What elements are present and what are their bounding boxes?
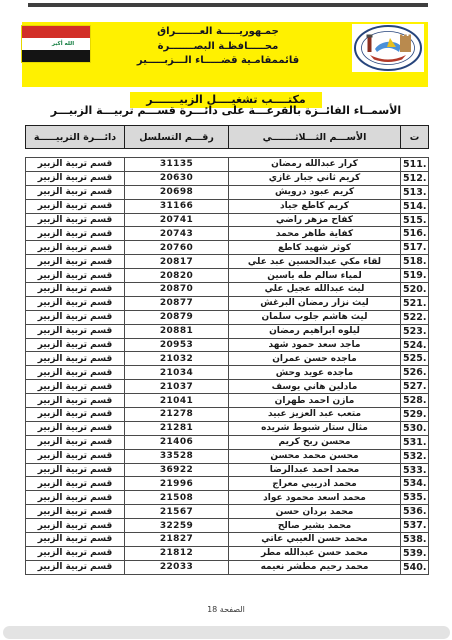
iraq-flag-icon: الله أكبر <box>22 26 90 62</box>
row-full-name: محمد بردان حسن <box>229 505 401 519</box>
row-full-name: متعب عبد العزيز عبيد <box>229 408 401 422</box>
gov-line-governorate: محـــــافظـة البصـــــــرة <box>98 40 338 55</box>
table-row: 523.ليلوه ابراهيم رمضان20881قسم تربية ال… <box>26 324 429 338</box>
row-full-name: محمد ادريبي معراج <box>229 477 401 491</box>
table-row: 518.لقاء مكي عبدالحسين عبد علي20817قسم ت… <box>26 255 429 269</box>
row-number: 526. <box>401 366 429 380</box>
table-row: 527.مادلين هاني يوسف21037قسم تربية الزبي… <box>26 380 429 394</box>
row-department: قسم تربية الزبير <box>26 227 125 241</box>
row-full-name: ماجده حسن عمران <box>229 352 401 366</box>
row-full-name: كريم كاطع جياد <box>229 199 401 213</box>
table-row: 526.ماجده عويد وحش21034قسم تربية الزبير <box>26 366 429 380</box>
row-number: 513. <box>401 185 429 199</box>
row-serial-number: 21996 <box>125 477 229 491</box>
government-header: جمـهوريـــــة العـــــــراق محـــــافظـة… <box>98 25 338 69</box>
row-department: قسم تربية الزبير <box>26 283 125 297</box>
row-full-name: كريم ثاني جبار غازي <box>229 171 401 185</box>
row-number: 535. <box>401 491 429 505</box>
row-number: 515. <box>401 213 429 227</box>
row-department: قسم تربية الزبير <box>26 213 125 227</box>
row-number: 514. <box>401 199 429 213</box>
results-table-body: 511.كرار عبدالله رمضان31135قسم تربية الز… <box>26 158 429 575</box>
row-full-name: محسن ربح كريم <box>229 435 401 449</box>
gov-line-district: قائممقامـية قضـــــاء الـــزبـــــير <box>98 54 338 69</box>
row-department: قسم تربية الزبير <box>26 449 125 463</box>
row-department: قسم تربية الزبير <box>26 255 125 269</box>
row-department: قسم تربية الزبير <box>26 435 125 449</box>
row-serial-number: 20879 <box>125 310 229 324</box>
table-row: 524.ماجد سعد حمود شهد20953قسم تربية الزب… <box>26 338 429 352</box>
row-number: 528. <box>401 394 429 408</box>
table-row: 520.ليث عبدالله عجيل علي20870قسم تربية ا… <box>26 283 429 297</box>
row-full-name: كوثر شهيد كاطع <box>229 241 401 255</box>
row-serial-number: 21034 <box>125 366 229 380</box>
table-row: 540.محمد رحيم مطشر نعيمه22033قسم تربية ا… <box>26 560 429 574</box>
row-full-name: محمد رحيم مطشر نعيمه <box>229 560 401 574</box>
row-department: قسم تربية الزبير <box>26 491 125 505</box>
table-row: 535.محمد اسعد محمود عواد21508قسم تربية ا… <box>26 491 429 505</box>
results-table-header: ت الأســـم الثـــلاثـــــــي رقـــم التس… <box>25 125 429 149</box>
row-serial-number: 31135 <box>125 158 229 172</box>
row-department: قسم تربية الزبير <box>26 324 125 338</box>
row-full-name: كفاح مزهر راضي <box>229 213 401 227</box>
row-department: قسم تربية الزبير <box>26 533 125 547</box>
row-department: قسم تربية الزبير <box>26 560 125 574</box>
row-department: قسم تربية الزبير <box>26 546 125 560</box>
table-row: 525.ماجده حسن عمران21032قسم تربية الزبير <box>26 352 429 366</box>
basra-district-seal-icon <box>352 24 424 72</box>
row-number: 518. <box>401 255 429 269</box>
row-serial-number: 20630 <box>125 171 229 185</box>
row-serial-number: 20743 <box>125 227 229 241</box>
row-department: قسم تربية الزبير <box>26 199 125 213</box>
row-full-name: محمد اسعد محمود عواد <box>229 491 401 505</box>
header-cell-dept: دائـــرة التربيـــــة <box>26 126 125 149</box>
table-row: 521.ليث نزار رمضان البرغش20877قسم تربية … <box>26 296 429 310</box>
row-serial-number: 20741 <box>125 213 229 227</box>
row-number: 539. <box>401 546 429 560</box>
row-full-name: ماجد سعد حمود شهد <box>229 338 401 352</box>
row-full-name: محمد احمد عبدالرضا <box>229 463 401 477</box>
row-serial-number: 22033 <box>125 560 229 574</box>
table-row: 530.مثال ستار شبوط شريده21281قسم تربية ا… <box>26 421 429 435</box>
document-page: الله أكبر جمـهوريـــــة العـــــــراق مح… <box>0 0 452 640</box>
row-department: قسم تربية الزبير <box>26 269 125 283</box>
row-full-name: ليث هاشم جلوب سلمان <box>229 310 401 324</box>
row-serial-number: 20817 <box>125 255 229 269</box>
table-row: 514.كريم كاطع جياد31166قسم تربية الزبير <box>26 199 429 213</box>
row-serial-number: 20870 <box>125 283 229 297</box>
row-number: 530. <box>401 421 429 435</box>
table-row: 529.متعب عبد العزيز عبيد21278قسم تربية ا… <box>26 408 429 422</box>
table-row: 534.محمد ادريبي معراج21996قسم تربية الزب… <box>26 477 429 491</box>
row-full-name: مادلين هاني يوسف <box>229 380 401 394</box>
table-row: 517.كوثر شهيد كاطع20760قسم تربية الزبير <box>26 241 429 255</box>
row-number: 537. <box>401 519 429 533</box>
header-cell-name: الأســـم الثـــلاثـــــــي <box>229 126 401 149</box>
row-serial-number: 21281 <box>125 421 229 435</box>
row-serial-number: 20698 <box>125 185 229 199</box>
row-full-name: كريم عبود درويش <box>229 185 401 199</box>
row-full-name: محمد حسن العيبي عاتي <box>229 533 401 547</box>
row-department: قسم تربية الزبير <box>26 421 125 435</box>
bottom-edge-band <box>3 626 450 639</box>
row-number: 523. <box>401 324 429 338</box>
row-full-name: لقاء مكي عبدالحسين عبد علي <box>229 255 401 269</box>
table-row: 516.كفاية طاهر محمد20743قسم تربية الزبير <box>26 227 429 241</box>
row-full-name: مازن احمد طهران <box>229 394 401 408</box>
row-serial-number: 21032 <box>125 352 229 366</box>
row-department: قسم تربية الزبير <box>26 296 125 310</box>
header-row: ت الأســـم الثـــلاثـــــــي رقـــم التس… <box>26 126 429 149</box>
row-number: 519. <box>401 269 429 283</box>
row-serial-number: 20820 <box>125 269 229 283</box>
table-row: 532.محسن محمد محسن33528قسم تربية الزبير <box>26 449 429 463</box>
row-number: 521. <box>401 296 429 310</box>
flag-black-stripe <box>22 50 90 62</box>
row-serial-number: 20760 <box>125 241 229 255</box>
row-serial-number: 20881 <box>125 324 229 338</box>
table-row: 519.لمياء سالم طه ياسين20820قسم تربية ال… <box>26 269 429 283</box>
row-number: 517. <box>401 241 429 255</box>
row-department: قسم تربية الزبير <box>26 241 125 255</box>
row-number: 522. <box>401 310 429 324</box>
row-number: 516. <box>401 227 429 241</box>
list-subtitle: الأسمــاء الفائــزة بالقرعـــة على دائــ… <box>0 104 452 117</box>
row-number: 527. <box>401 380 429 394</box>
flag-takbir-text: الله أكبر <box>22 38 90 50</box>
row-number: 512. <box>401 171 429 185</box>
row-number: 536. <box>401 505 429 519</box>
table-row: 538.محمد حسن العيبي عاتي21827قسم تربية ا… <box>26 533 429 547</box>
table-row: 511.كرار عبدالله رمضان31135قسم تربية الز… <box>26 158 429 172</box>
table-row: 512.كريم ثاني جبار غازي20630قسم تربية ال… <box>26 171 429 185</box>
row-department: قسم تربية الزبير <box>26 158 125 172</box>
table-row: 522.ليث هاشم جلوب سلمان20879قسم تربية ال… <box>26 310 429 324</box>
row-number: 511. <box>401 158 429 172</box>
table-row: 539.محمد حسن عبدالله مطر21812قسم تربية ا… <box>26 546 429 560</box>
row-number: 520. <box>401 283 429 297</box>
row-full-name: ماجده عويد وحش <box>229 366 401 380</box>
row-department: قسم تربية الزبير <box>26 408 125 422</box>
row-full-name: محمد حسن عبدالله مطر <box>229 546 401 560</box>
table-row: 528.مازن احمد طهران21041قسم تربية الزبير <box>26 394 429 408</box>
row-department: قسم تربية الزبير <box>26 366 125 380</box>
row-serial-number: 21278 <box>125 408 229 422</box>
row-serial-number: 21827 <box>125 533 229 547</box>
row-serial-number: 20877 <box>125 296 229 310</box>
table-row: 533.محمد احمد عبدالرضا36922قسم تربية الز… <box>26 463 429 477</box>
row-department: قسم تربية الزبير <box>26 477 125 491</box>
row-department: قسم تربية الزبير <box>26 394 125 408</box>
table-row: 513.كريم عبود درويش20698قسم تربية الزبير <box>26 185 429 199</box>
row-serial-number: 21508 <box>125 491 229 505</box>
row-number: 525. <box>401 352 429 366</box>
row-number: 529. <box>401 408 429 422</box>
row-full-name: محسن محمد محسن <box>229 449 401 463</box>
row-department: قسم تربية الزبير <box>26 352 125 366</box>
row-full-name: ليث عبدالله عجيل علي <box>229 283 401 297</box>
row-serial-number: 21567 <box>125 505 229 519</box>
results-table: 511.كرار عبدالله رمضان31135قسم تربية الز… <box>25 157 429 575</box>
row-serial-number: 36922 <box>125 463 229 477</box>
row-serial-number: 21041 <box>125 394 229 408</box>
flag-red-stripe <box>22 26 90 38</box>
row-serial-number: 20953 <box>125 338 229 352</box>
row-full-name: ليث نزار رمضان البرغش <box>229 296 401 310</box>
row-department: قسم تربية الزبير <box>26 310 125 324</box>
row-number: 534. <box>401 477 429 491</box>
row-number: 533. <box>401 463 429 477</box>
row-department: قسم تربية الزبير <box>26 338 125 352</box>
row-full-name: ليلوه ابراهيم رمضان <box>229 324 401 338</box>
row-serial-number: 21406 <box>125 435 229 449</box>
row-number: 532. <box>401 449 429 463</box>
row-number: 540. <box>401 560 429 574</box>
header-cell-no: ت <box>401 126 429 149</box>
row-department: قسم تربية الزبير <box>26 380 125 394</box>
top-border-rule <box>28 3 428 7</box>
row-full-name: مثال ستار شبوط شريده <box>229 421 401 435</box>
row-full-name: كرار عبدالله رمضان <box>229 158 401 172</box>
row-number: 524. <box>401 338 429 352</box>
gov-line-republic: جمـهوريـــــة العـــــــراق <box>98 25 338 40</box>
row-full-name: لمياء سالم طه ياسين <box>229 269 401 283</box>
flag-white-stripe: الله أكبر <box>22 38 90 50</box>
table-row: 537.محمد بشير صالح32259قسم تربية الزبير <box>26 519 429 533</box>
row-department: قسم تربية الزبير <box>26 171 125 185</box>
row-number: 538. <box>401 533 429 547</box>
row-department: قسم تربية الزبير <box>26 185 125 199</box>
table-row: 515.كفاح مزهر راضي20741قسم تربية الزبير <box>26 213 429 227</box>
row-number: 531. <box>401 435 429 449</box>
row-full-name: محمد بشير صالح <box>229 519 401 533</box>
row-department: قسم تربية الزبير <box>26 519 125 533</box>
header-cell-serial: رقـــم التسلسل <box>125 126 229 149</box>
table-row: 536.محمد بردان حسن21567قسم تربية الزبير <box>26 505 429 519</box>
header-band: الله أكبر جمـهوريـــــة العـــــــراق مح… <box>22 22 428 87</box>
row-serial-number: 33528 <box>125 449 229 463</box>
row-full-name: كفاية طاهر محمد <box>229 227 401 241</box>
table-row: 531.محسن ربح كريم21406قسم تربية الزبير <box>26 435 429 449</box>
row-department: قسم تربية الزبير <box>26 505 125 519</box>
row-serial-number: 21037 <box>125 380 229 394</box>
row-department: قسم تربية الزبير <box>26 463 125 477</box>
page-number-label: الصفحة 18 <box>0 605 452 614</box>
row-serial-number: 32259 <box>125 519 229 533</box>
row-serial-number: 31166 <box>125 199 229 213</box>
row-serial-number: 21812 <box>125 546 229 560</box>
